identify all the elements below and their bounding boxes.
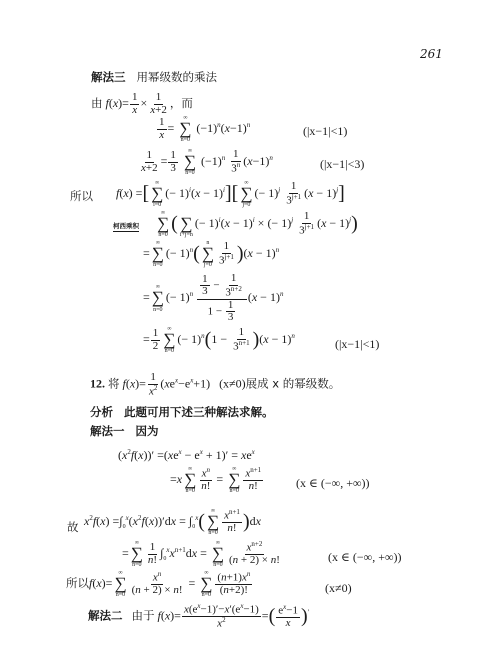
equation-cauchy: ∞∑n=0( ∑i+j=n(− 1)i(x − 1)i × (− 1)j 13j… — [155, 210, 358, 238]
method2-line: 解法二 由于 f(x)=x(ex−1)′−x′(ex−1)x2=(ex−1x)′ — [88, 603, 309, 630]
method2-label: 解法二 — [88, 608, 123, 622]
equation-step-5: =∞∑n=0(− 1)n(n∑j=013j+1)(x − 1)n — [143, 240, 279, 268]
equation-final-series: 所以f(x)=∞∑n=0xn(n + 2) × n! = ∞∑n=0(n+1)x… — [66, 570, 253, 598]
problem-number: 12. — [90, 377, 105, 391]
analysis-line: 分析 此题可用下述三种解法求解。 — [90, 404, 273, 420]
equation-step-7: =12∞∑n=0(− 1)n(1 − 13n+1)(x − 1)n — [143, 326, 295, 354]
equation-1-over-x: 1x= ∞∑n=0 (−1)n(x−1)n — [156, 115, 250, 143]
method2-text: 由于 — [132, 608, 155, 622]
problem-condition: (x≠0) — [219, 377, 246, 391]
equation-step-6: =∞∑n=0(− 1)n 13 − 13n+21 − 13(x − 1)n — [143, 273, 283, 324]
so-label-2: 所以 — [66, 576, 89, 590]
equation-1-over-x-plus-2: 1x+2=13 ∞∑n=0 (−1)n 13n(x−1)n — [138, 148, 273, 176]
problem-12-statement: 12. 将 f(x)=1x2(xex−ex+1) (x≠0)展成 x 的幂级数。 — [90, 372, 340, 398]
method3-title: 用幂级数的乘法 — [136, 70, 217, 84]
so-label-1: 所以 — [70, 188, 93, 204]
condition-real-line-2: (x ∈ (−∞, +∞)) — [328, 550, 402, 565]
condition-7: (|x−1|<1) — [335, 337, 379, 352]
method3-label: 解法三 — [91, 70, 126, 84]
equation-product: f(x) =[∞∑i=0(− 1)i(x − 1)i][∞∑j=0(− 1)j … — [116, 180, 345, 208]
given-prefix: 由 — [91, 96, 103, 110]
problem-prefix: 将 — [108, 377, 120, 391]
condition-real-line-1: (x ∈ (−∞, +∞)) — [296, 476, 370, 491]
therefore-label: 故 — [67, 519, 79, 535]
page-number: 261 — [420, 47, 443, 61]
analysis-label: 分析 — [90, 405, 113, 419]
condition-1: (|x−1|<1) — [303, 124, 347, 139]
equation-integral: x2f(x) =∫0x(x2f(x))′dx = ∫0x(∞∑n=0xn+1n!… — [84, 508, 261, 536]
condition-2: (|x−1|<3) — [320, 157, 364, 172]
equation-series-xex: =x∞∑n=0xnn! = ∞∑n=0xn+1n! — [170, 466, 264, 494]
given-suffix: ，而 — [170, 96, 193, 110]
equation-integral-result: =∞∑n=01n!∫0xxn+1dx = ∞∑n=0xn+2(n + 2) × … — [122, 540, 283, 568]
method3-heading: 解法三 用幂级数的乘法 — [91, 69, 217, 85]
analysis-text: 此题可用下述三种解法求解。 — [124, 405, 274, 419]
equation-derivative: (x2f(x))′ =(xex − ex + 1)′ = xex — [118, 448, 255, 463]
given-line: 由 f(x)=1x×1x+2，而 — [91, 92, 193, 116]
condition-nonzero: (x≠0) — [325, 581, 352, 596]
method1-line: 解法一 因为 — [90, 423, 158, 439]
problem-suffix: 展成 x 的幂级数。 — [246, 377, 341, 391]
method1-label: 解法一 — [90, 424, 125, 438]
method1-text: 因为 — [135, 424, 158, 438]
cauchy-product-label: 柯西乘积 — [113, 213, 139, 232]
